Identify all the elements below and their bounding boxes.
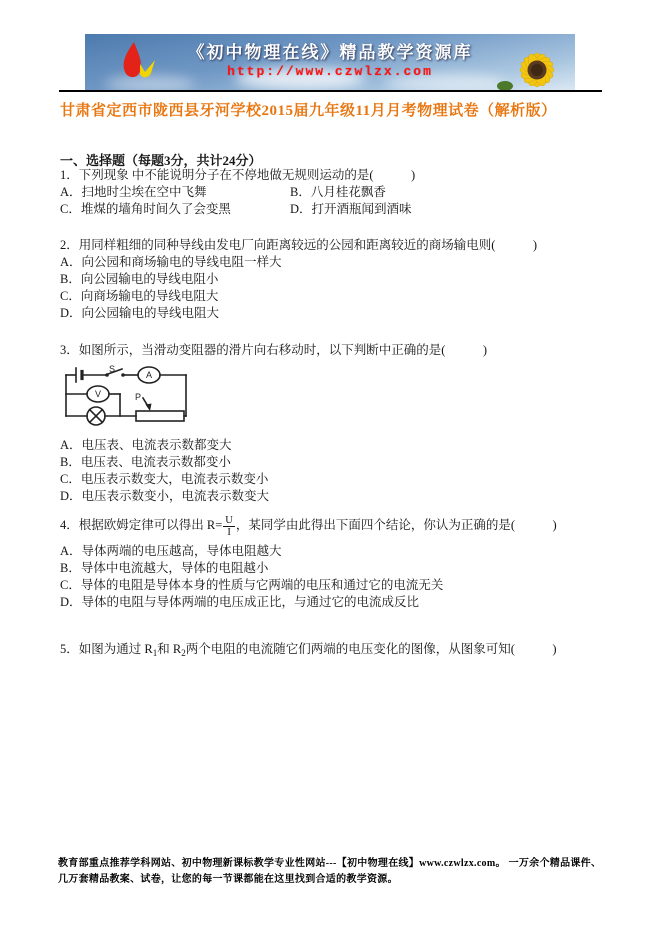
ohms-law-fraction: UI	[223, 515, 235, 538]
question-3: 3．如图所示，当滑动变阻器的滑片向右移动时，以下判断中正确的是( )	[60, 342, 605, 505]
option-a: A．向公园和商场输电的导线电阻一样大	[60, 254, 605, 271]
page-footer: 教育部重点推荐学科网站、初中物理新课标教学专业性网站---【初中物理在线】www…	[58, 856, 614, 888]
option-b: B．向公园输电的导线电阻小	[60, 271, 605, 288]
option-b: B．八月桂花飘香	[290, 184, 605, 201]
stem-text: ，某同学由此得出下面四个结论，你认为正确的是( )	[236, 518, 557, 532]
document-title: 甘肃省定西市陇西县牙河学校2015届九年级11月月考物理试卷（解析版）	[60, 99, 601, 120]
footer-line-1: 教育部重点推荐学科网站、初中物理新课标教学专业性网站---【初中物理在线】www…	[58, 856, 614, 872]
divider	[59, 90, 602, 92]
question-2: 2．用同样粗细的同种导线由发电厂向距离较远的公园和距离较近的商场输电则( ) A…	[60, 237, 605, 322]
option-c: C．电压表示数变大，电流表示数变小	[60, 471, 605, 488]
fraction-denominator: I	[223, 527, 235, 538]
option-c: C．导体的电阻是导体本身的性质与它两端的电压和通过它的电流无关	[60, 577, 605, 594]
option-b: B．电压表、电流表示数都变小	[60, 454, 605, 471]
question-5: 5．如图为通过 R1和 R2两个电阻的电流随它们两端的电压变化的图像，从图象可知…	[60, 641, 605, 662]
option-a: A．扫地时尘埃在空中飞舞	[60, 184, 290, 201]
voltmeter-label: V	[95, 389, 101, 399]
option-d: D．导体的电阻与导体两端的电压成正比，与通过它的电流成反比	[60, 594, 605, 611]
question-5-stem: 5．如图为通过 R1和 R2两个电阻的电流随它们两端的电压变化的图像，从图象可知…	[60, 641, 605, 662]
stem-text: 两个电阻的电流随它们两端的电压变化的图像，从图象可知( )	[186, 642, 557, 656]
option-a: A．电压表、电流表示数都变大	[60, 437, 605, 454]
switch-label: S	[109, 365, 115, 374]
slider-label: P	[135, 392, 141, 402]
option-c: C．堆煤的墙角时间久了会变黑	[60, 201, 290, 218]
circuit-diagram: S A V P	[60, 365, 192, 429]
footer-line-2: 几万套精品教案、试卷，让您的每一节课都能在这里找到合适的教学资源。	[58, 872, 614, 888]
question-1-stem: 1．下列现象 中不能说明分子在不停地做无规则运动的是( )	[60, 167, 605, 184]
question-2-stem: 2．用同样粗细的同种导线由发电厂向距离较远的公园和距离较近的商场输电则( )	[60, 237, 605, 254]
question-1-options: A．扫地时尘埃在空中飞舞 B．八月桂花飘香 C．堆煤的墙角时间久了会变黑 D．打…	[60, 184, 605, 218]
stem-text: 和 R	[157, 642, 181, 656]
question-4: 4．根据欧姆定律可以得出 R=UI，某同学由此得出下面四个结论，你认为正确的是(…	[60, 512, 605, 611]
question-4-options: A．导体两端的电压越高，导体电阻越大 B．导体中电流越大，导体的电阻越小 C．导…	[60, 543, 605, 611]
sunflower-image	[497, 40, 571, 91]
stem-text: 4．根据欧姆定律可以得出 R=	[60, 518, 222, 532]
stem-text: 5．如图为通过 R	[60, 642, 153, 656]
fraction-numerator: U	[223, 515, 235, 527]
option-a: A．导体两端的电压越高，导体电阻越大	[60, 543, 605, 560]
option-c: C．向商场输电的导线电阻大	[60, 288, 605, 305]
option-d: D．打开酒瓶闻到酒味	[290, 201, 605, 218]
option-d: D．向公园输电的导线电阻大	[60, 305, 605, 322]
ammeter-label: A	[146, 370, 152, 380]
option-b: B．导体中电流越大，导体的电阻越小	[60, 560, 605, 577]
site-banner: 《初中物理在线》精品教学资源库 http://www.czwlzx.com	[85, 34, 575, 91]
question-1: 1．下列现象 中不能说明分子在不停地做无规则运动的是( ) A．扫地时尘埃在空中…	[60, 167, 605, 218]
question-4-stem: 4．根据欧姆定律可以得出 R=UI，某同学由此得出下面四个结论，你认为正确的是(…	[60, 512, 605, 538]
question-3-stem: 3．如图所示，当滑动变阻器的滑片向右移动时，以下判断中正确的是( )	[60, 342, 605, 359]
option-d: D．电压表示数变小，电流表示数变大	[60, 488, 605, 505]
